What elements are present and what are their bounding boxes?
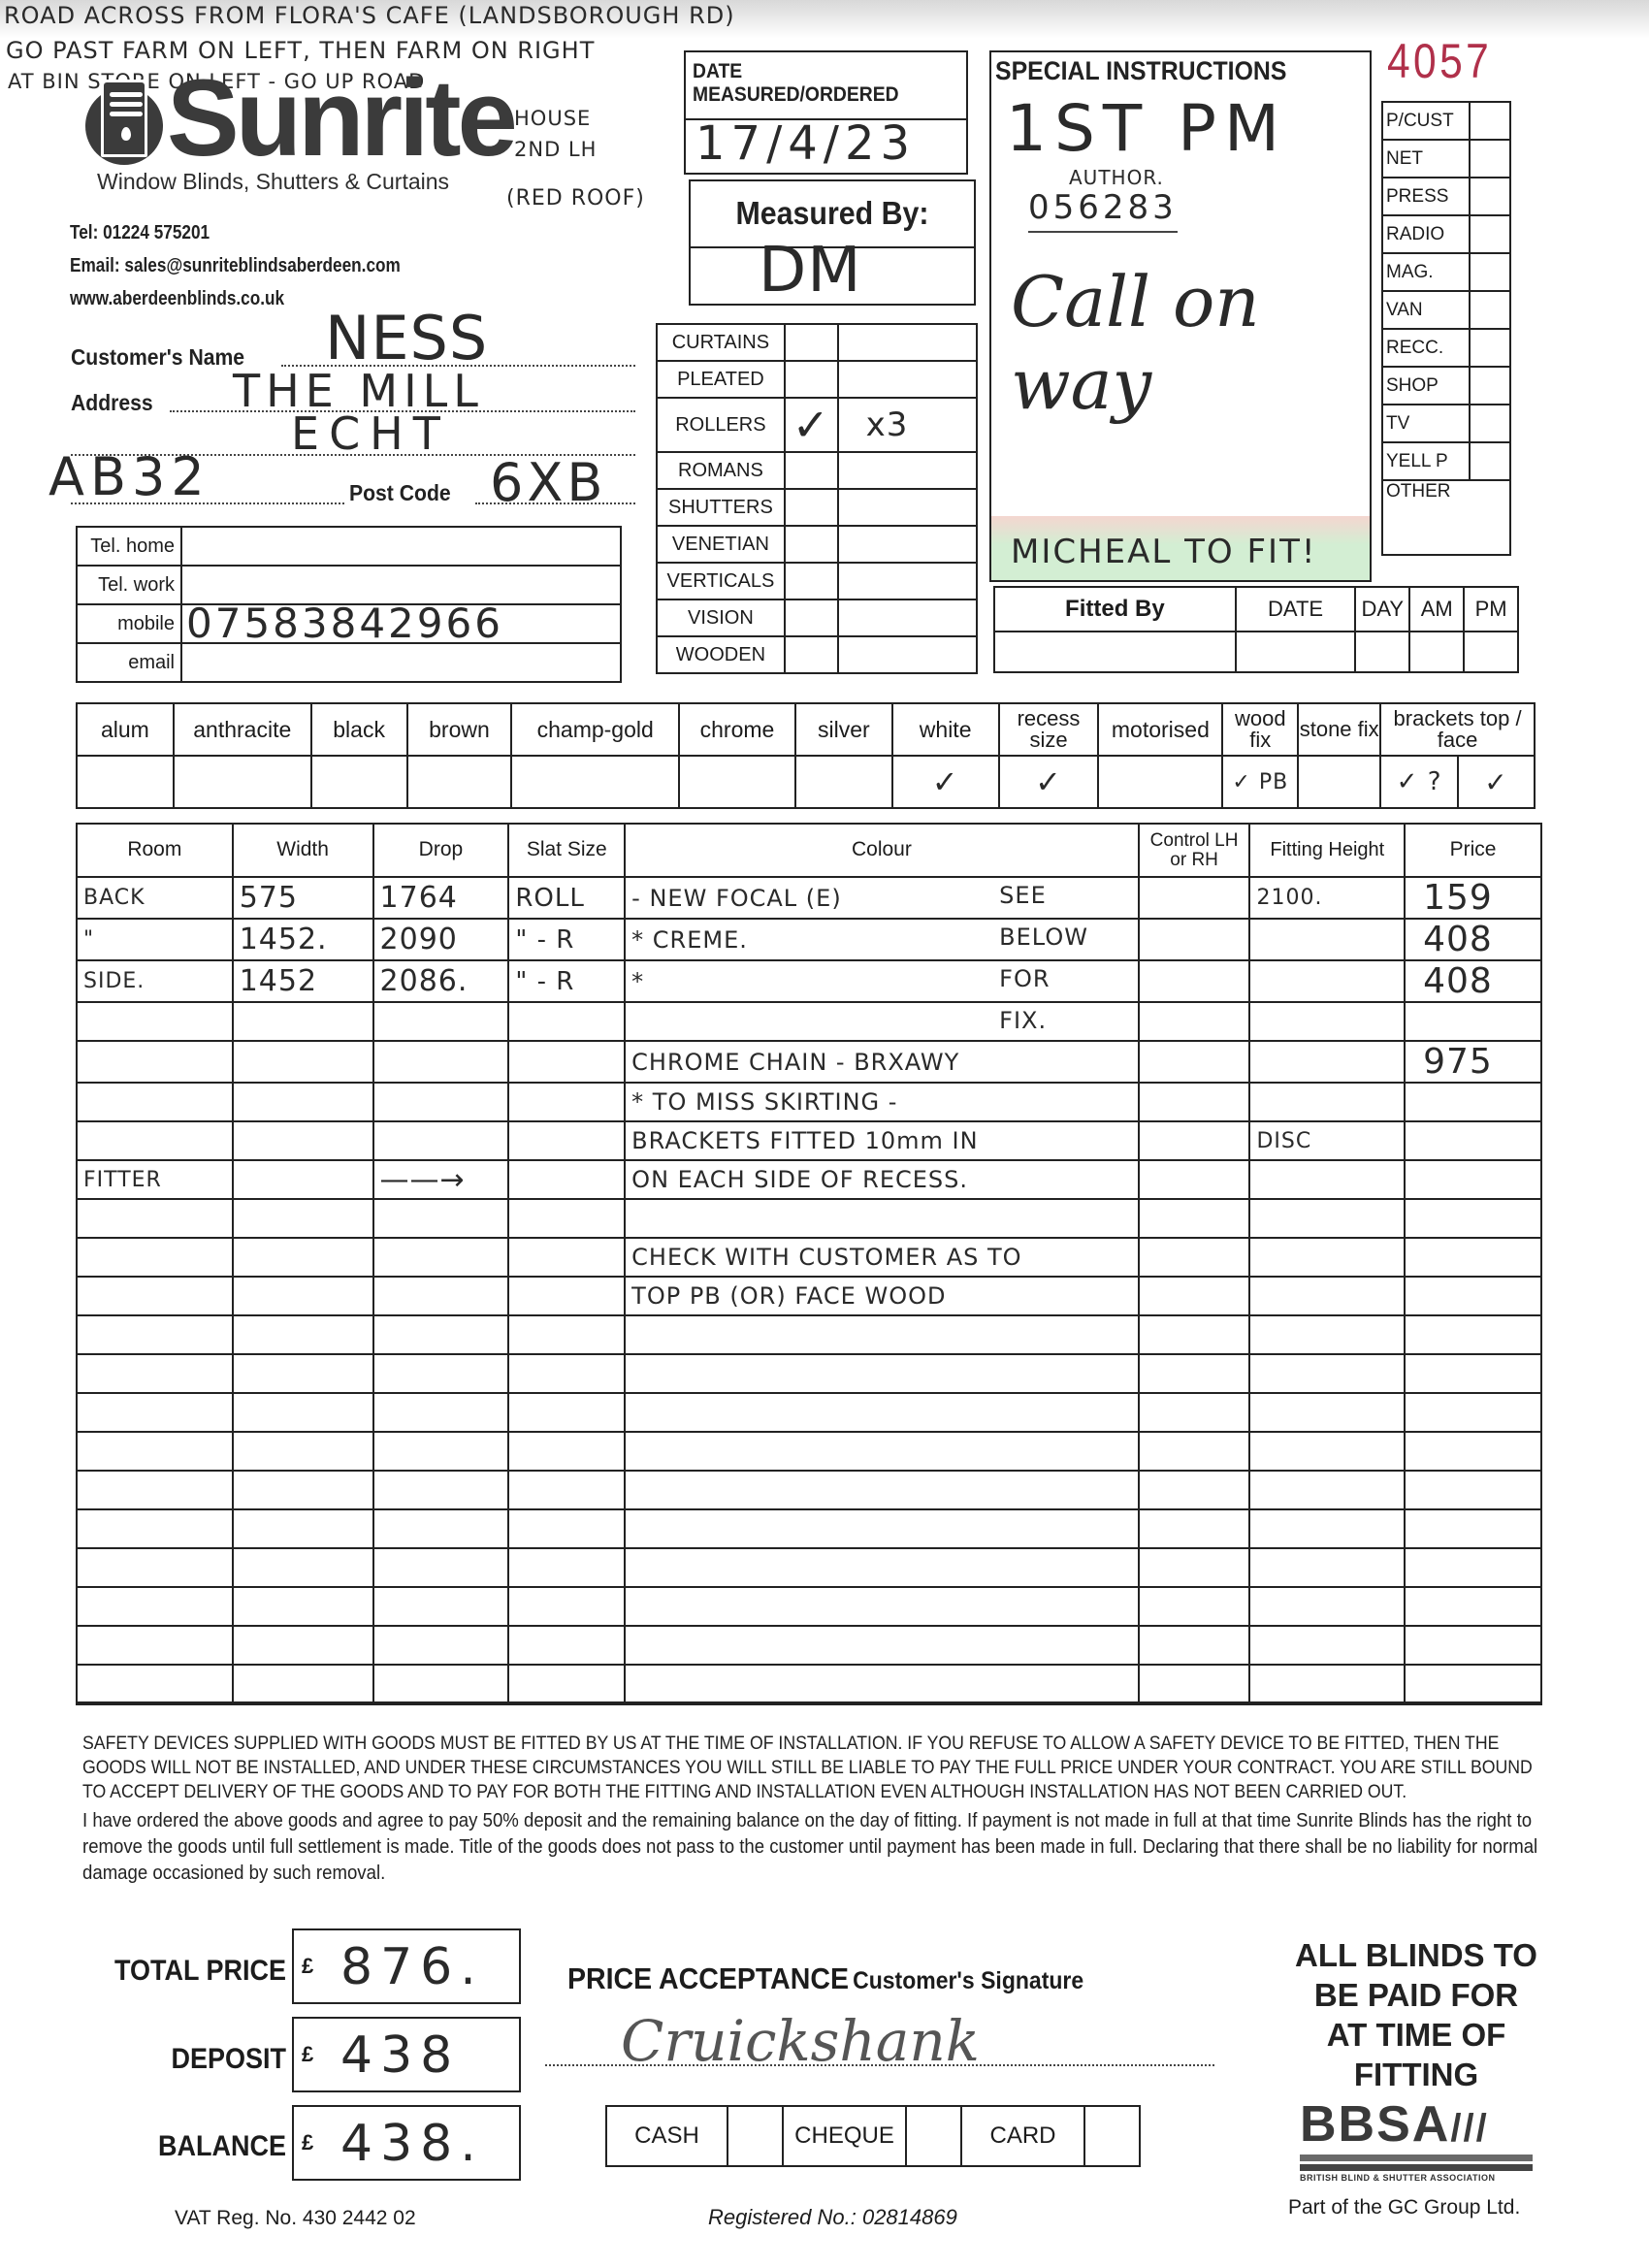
fit-date-value[interactable]: [1236, 632, 1356, 672]
cell-price[interactable]: [1405, 1432, 1541, 1471]
cell-fitting-height[interactable]: [1249, 1041, 1405, 1083]
option-value[interactable]: [77, 756, 174, 808]
table-row: [77, 1354, 1541, 1393]
product-check[interactable]: [785, 563, 838, 599]
cell-slat[interactable]: [508, 1083, 625, 1121]
cell-control[interactable]: [1139, 1041, 1250, 1083]
date-label: DATE MEASURED/ORDERED: [693, 60, 899, 107]
fit-pm-label: PM: [1464, 587, 1518, 632]
cell-price[interactable]: [1405, 1587, 1541, 1626]
cell-width[interactable]: [233, 1626, 373, 1665]
cell-width[interactable]: [233, 1354, 373, 1393]
cell-drop[interactable]: [373, 1471, 509, 1509]
cell-width[interactable]: [233, 1548, 373, 1587]
product-check[interactable]: [785, 599, 838, 636]
cell-fitting-height[interactable]: [1249, 1393, 1405, 1432]
cell-control[interactable]: [1139, 1471, 1250, 1509]
product-types-table: CURTAINS PLEATED ROLLERS✓x3 ROMANS SHUTT…: [656, 323, 978, 674]
cell-drop[interactable]: [373, 1509, 509, 1548]
cell-price[interactable]: [1405, 1509, 1541, 1548]
cell-fitting-height[interactable]: [1249, 1002, 1405, 1041]
product-qty[interactable]: [838, 361, 977, 398]
lead-source-table: P/CUST NET PRESS RADIO MAG. VAN RECC. SH…: [1381, 101, 1511, 556]
company-email: Email: sales@sunriteblindsaberdeen.com: [70, 255, 401, 277]
cell-slat[interactable]: [508, 1121, 625, 1160]
product-row: WOODEN: [657, 636, 977, 673]
cell-colour[interactable]: CHROME CHAIN - BRXAWY: [625, 1041, 1139, 1083]
cell-control[interactable]: [1139, 1626, 1250, 1665]
cell-fitting-height[interactable]: [1249, 1354, 1405, 1393]
cell-room[interactable]: BACK: [77, 877, 233, 919]
cell-slat[interactable]: [508, 1548, 625, 1587]
cell-fitting-height[interactable]: [1249, 1238, 1405, 1277]
cell-drop[interactable]: [373, 1083, 509, 1121]
cell-colour[interactable]: [625, 1354, 1139, 1393]
cell-room[interactable]: [77, 1083, 233, 1121]
cell-width[interactable]: [233, 1432, 373, 1471]
product-qty[interactable]: [838, 324, 977, 361]
cell-width[interactable]: [233, 1199, 373, 1238]
cell-price[interactable]: [1405, 1315, 1541, 1354]
source-check[interactable]: [1470, 102, 1510, 140]
cell-colour[interactable]: - NEW FOCAL (E)SEE: [625, 877, 1139, 919]
cell-slat[interactable]: [508, 1471, 625, 1509]
cell-colour[interactable]: FIX.: [625, 1002, 1139, 1041]
cell-price[interactable]: [1405, 1354, 1541, 1393]
cell-price[interactable]: [1405, 1121, 1541, 1160]
deposit-value[interactable]: 438: [340, 2026, 460, 2085]
col-colour: Colour: [625, 824, 1139, 877]
cell-control[interactable]: [1139, 1665, 1250, 1703]
cell-drop[interactable]: [373, 1393, 509, 1432]
cell-drop[interactable]: [373, 1432, 509, 1471]
customer-signature[interactable]: Cruickshank: [621, 2008, 980, 2074]
product-qty[interactable]: [838, 452, 977, 489]
cell-fitting-height[interactable]: [1249, 1587, 1405, 1626]
cell-width[interactable]: [233, 1587, 373, 1626]
cell-width[interactable]: 1452.: [233, 919, 373, 960]
contact-value[interactable]: [181, 643, 621, 682]
table-row: BRACKETS FITTED 10mm INDISC: [77, 1121, 1541, 1160]
company-name: Sunrite: [167, 64, 514, 173]
cell-price[interactable]: 408: [1405, 919, 1541, 960]
product-check[interactable]: [785, 636, 838, 673]
option-value[interactable]: [511, 756, 679, 808]
cell-price[interactable]: [1405, 1160, 1541, 1199]
cell-room[interactable]: [77, 1041, 233, 1083]
cell-drop[interactable]: ——→: [373, 1160, 509, 1199]
cell-slat[interactable]: [508, 1238, 625, 1277]
payment-method-table: CASH CHEQUE CARD: [605, 2105, 1141, 2167]
special-instructions-title: SPECIAL INSTRUCTIONS: [995, 56, 1286, 86]
contact-value[interactable]: [181, 566, 621, 604]
source-check[interactable]: [1470, 442, 1510, 480]
cell-room[interactable]: SIDE.: [77, 960, 233, 1002]
cell-control[interactable]: [1139, 1509, 1250, 1548]
cell-fitting-height[interactable]: DISC: [1249, 1121, 1405, 1160]
contact-label: Tel. home: [77, 527, 181, 566]
option-value[interactable]: ✓: [999, 756, 1099, 808]
total-price-label: TOTAL PRICE: [103, 1955, 286, 1988]
cell-drop[interactable]: [373, 1238, 509, 1277]
contact-row: email: [77, 643, 621, 682]
source-check[interactable]: [1470, 291, 1510, 329]
cell-drop[interactable]: [373, 1315, 509, 1354]
special-instruction-line[interactable]: way: [1011, 343, 1151, 425]
cell-colour[interactable]: * CREME.BELOW: [625, 919, 1139, 960]
contact-value[interactable]: [181, 527, 621, 566]
product-qty[interactable]: [838, 636, 977, 673]
address-value-2[interactable]: ECHT: [291, 407, 450, 460]
cell-drop[interactable]: [373, 1002, 509, 1041]
cell-control[interactable]: [1139, 1587, 1250, 1626]
option-value[interactable]: [1298, 756, 1380, 808]
cell-colour[interactable]: * TO MISS SKIRTING -: [625, 1083, 1139, 1121]
cell-drop[interactable]: [373, 1548, 509, 1587]
cell-fitting-height[interactable]: [1249, 1471, 1405, 1509]
cell-width[interactable]: 575: [233, 877, 373, 919]
cell-drop[interactable]: 2086.: [373, 960, 509, 1002]
cell-colour[interactable]: [625, 1471, 1139, 1509]
cell-room[interactable]: FITTER: [77, 1160, 233, 1199]
contact-table: Tel. home Tel. work mobile 07583842966 e…: [76, 526, 622, 683]
cell-fitting-height[interactable]: 2100.: [1249, 877, 1405, 919]
special-instructions-box: SPECIAL INSTRUCTIONS 1ST PM AUTHOR. 0562…: [989, 50, 1372, 582]
option-value[interactable]: ✓ ?: [1380, 756, 1458, 808]
cell-width[interactable]: [233, 1160, 373, 1199]
product-row: CURTAINS: [657, 324, 977, 361]
cell-control[interactable]: [1139, 877, 1250, 919]
cell-price[interactable]: [1405, 1548, 1541, 1587]
product-row: VERTICALS: [657, 563, 977, 599]
table-row: [77, 1432, 1541, 1471]
product-check[interactable]: [785, 452, 838, 489]
fit-day-value[interactable]: [1355, 632, 1409, 672]
cell-slat[interactable]: [508, 1432, 625, 1471]
cell-slat[interactable]: [508, 1354, 625, 1393]
table-row: TOP PB (OR) FACE WOOD: [77, 1277, 1541, 1315]
fit-pm-value[interactable]: [1464, 632, 1518, 672]
option-value[interactable]: [795, 756, 892, 808]
cell-slat[interactable]: [508, 1665, 625, 1703]
col-slat-size: Slat Size: [508, 824, 625, 877]
contact-row: mobile 07583842966: [77, 604, 621, 643]
cell-room[interactable]: [77, 1354, 233, 1393]
cell-room[interactable]: [77, 1665, 233, 1703]
product-qty[interactable]: [838, 599, 977, 636]
option-value[interactable]: [407, 756, 512, 808]
customer-name-label: Customer's Name: [71, 344, 244, 371]
fit-date-label: DATE: [1236, 587, 1356, 632]
cell-slat[interactable]: [508, 1509, 625, 1548]
cell-fitting-height[interactable]: [1249, 1548, 1405, 1587]
cell-price[interactable]: [1405, 1626, 1541, 1665]
source-check[interactable]: [1470, 253, 1510, 291]
cell-width[interactable]: [233, 1083, 373, 1121]
product-check[interactable]: [785, 324, 838, 361]
cell-control[interactable]: [1139, 1083, 1250, 1121]
vat-number: VAT Reg. No. 430 2442 02: [175, 2207, 416, 2230]
cell-fitting-height[interactable]: [1249, 1083, 1405, 1121]
cell-slat[interactable]: [508, 1626, 625, 1665]
cell-slat[interactable]: [508, 1160, 625, 1199]
cell-control[interactable]: [1139, 1277, 1250, 1315]
cell-drop[interactable]: 2090: [373, 919, 509, 960]
cell-room[interactable]: [77, 1509, 233, 1548]
cell-drop[interactable]: [373, 1199, 509, 1238]
cell-colour[interactable]: [625, 1199, 1139, 1238]
cell-width[interactable]: 1452: [233, 960, 373, 1002]
cell-colour[interactable]: [625, 1432, 1139, 1471]
special-instruction-line[interactable]: 1ST PM: [1006, 91, 1287, 166]
cell-price[interactable]: 975: [1405, 1041, 1541, 1083]
cell-price[interactable]: [1405, 1277, 1541, 1315]
cell-drop[interactable]: [373, 1277, 509, 1315]
cell-room[interactable]: [77, 1277, 233, 1315]
payment-terms: I have ordered the above goods and agree…: [82, 1808, 1546, 1887]
cell-width[interactable]: [233, 1238, 373, 1277]
cell-control[interactable]: [1139, 1238, 1250, 1277]
product-qty[interactable]: [838, 563, 977, 599]
cell-control[interactable]: [1139, 1548, 1250, 1587]
cell-fitting-height[interactable]: [1249, 1432, 1405, 1471]
balance-value[interactable]: 438.: [340, 2115, 484, 2173]
cell-colour[interactable]: ON EACH SIDE OF RECESS.: [625, 1160, 1139, 1199]
order-number: 4057: [1387, 33, 1492, 89]
cell-fitting-height[interactable]: [1249, 960, 1405, 1002]
cell-control[interactable]: [1139, 1121, 1250, 1160]
table-row: [77, 1315, 1541, 1354]
option-value[interactable]: [1098, 756, 1222, 808]
cell-fitting-height[interactable]: [1249, 1626, 1405, 1665]
cell-price[interactable]: [1405, 1002, 1541, 1041]
cell-drop[interactable]: [373, 1665, 509, 1703]
cell-fitting-height[interactable]: [1249, 919, 1405, 960]
cell-control[interactable]: [1139, 960, 1250, 1002]
total-price-value[interactable]: 876.: [340, 1938, 484, 1996]
source-check[interactable]: [1470, 329, 1510, 367]
cell-price[interactable]: 408: [1405, 960, 1541, 1002]
source-check[interactable]: [1470, 367, 1510, 405]
cell-width[interactable]: [233, 1277, 373, 1315]
cell-drop[interactable]: [373, 1354, 509, 1393]
balance-box[interactable]: £ 438.: [292, 2105, 521, 2181]
cell-control[interactable]: [1139, 1002, 1250, 1041]
cell-slat[interactable]: [508, 1199, 625, 1238]
contact-row: Tel. work: [77, 566, 621, 604]
cell-width[interactable]: [233, 1665, 373, 1703]
cell-control[interactable]: [1139, 1354, 1250, 1393]
special-instruction-line[interactable]: 056283: [1028, 188, 1178, 233]
cell-fitting-height[interactable]: [1249, 1199, 1405, 1238]
cell-drop[interactable]: [373, 1626, 509, 1665]
customer-name-value[interactable]: NESS: [325, 303, 488, 373]
cell-fitting-height[interactable]: [1249, 1277, 1405, 1315]
cell-control[interactable]: [1139, 1315, 1250, 1354]
source-check[interactable]: [1470, 405, 1510, 442]
cell-colour[interactable]: [625, 1665, 1139, 1703]
option-value[interactable]: ✓ PB: [1222, 756, 1298, 808]
table-row: FITTER——→ON EACH SIDE OF RECESS.: [77, 1160, 1541, 1199]
cell-price[interactable]: [1405, 1199, 1541, 1238]
options-table: alum anthracite black brown champ-gold c…: [76, 702, 1536, 809]
cell-control[interactable]: [1139, 919, 1250, 960]
cell-colour[interactable]: [625, 1393, 1139, 1432]
postcode-label: Post Code: [349, 480, 451, 506]
cell-colour[interactable]: *FOR: [625, 960, 1139, 1002]
table-row: CHROME CHAIN - BRXAWY975: [77, 1041, 1541, 1083]
contact-label: email: [77, 643, 181, 682]
source-other[interactable]: OTHER: [1382, 480, 1510, 555]
address-label: Address: [71, 390, 153, 416]
fitted-by-value[interactable]: [994, 632, 1236, 672]
cell-drop[interactable]: [373, 1587, 509, 1626]
cell-room[interactable]: [77, 1393, 233, 1432]
order-table: Room Width Drop Slat Size Colour Control…: [76, 823, 1542, 1705]
cell-width[interactable]: [233, 1315, 373, 1354]
cell-price[interactable]: 159: [1405, 877, 1541, 919]
cell-colour[interactable]: [625, 1587, 1139, 1626]
date-value[interactable]: 17/4/23: [695, 116, 916, 171]
fitted-by-label: Fitted By: [994, 587, 1236, 632]
cell-room[interactable]: ": [77, 919, 233, 960]
table-row: CHECK WITH CUSTOMER AS TO: [77, 1238, 1541, 1277]
cell-colour[interactable]: [625, 1548, 1139, 1587]
cell-room[interactable]: [77, 1199, 233, 1238]
cell-drop[interactable]: [373, 1041, 509, 1083]
cell-slat[interactable]: [508, 1277, 625, 1315]
cell-colour[interactable]: BRACKETS FITTED 10mm IN: [625, 1121, 1139, 1160]
balance-label: BALANCE: [103, 2130, 286, 2163]
cell-room[interactable]: [77, 1471, 233, 1509]
option-value[interactable]: [174, 756, 311, 808]
product-row: PLEATED: [657, 361, 977, 398]
contact-label: Tel. work: [77, 566, 181, 604]
cell-room[interactable]: [77, 1315, 233, 1354]
cell-price[interactable]: [1405, 1393, 1541, 1432]
fit-am-label: AM: [1409, 587, 1464, 632]
payment-cash-check[interactable]: [727, 2106, 783, 2166]
cell-room[interactable]: [77, 1121, 233, 1160]
product-qty[interactable]: [838, 489, 977, 526]
cell-slat[interactable]: [508, 1041, 625, 1083]
option-value[interactable]: [679, 756, 795, 808]
table-row: [77, 1393, 1541, 1432]
fit-am-value[interactable]: [1409, 632, 1464, 672]
cell-fitting-height[interactable]: [1249, 1160, 1405, 1199]
cell-width[interactable]: [233, 1471, 373, 1509]
cell-width[interactable]: [233, 1002, 373, 1041]
cell-slat[interactable]: [508, 1315, 625, 1354]
cell-room[interactable]: [77, 1587, 233, 1626]
source-check[interactable]: [1470, 140, 1510, 178]
cell-price[interactable]: [1405, 1083, 1541, 1121]
table-row: [77, 1509, 1541, 1548]
contact-value[interactable]: 07583842966: [181, 604, 621, 643]
cell-price[interactable]: [1405, 1471, 1541, 1509]
cell-price[interactable]: [1405, 1665, 1541, 1703]
product-check[interactable]: ✓: [785, 398, 838, 452]
option-value[interactable]: [311, 756, 407, 808]
product-qty[interactable]: [838, 526, 977, 563]
cell-colour[interactable]: CHECK WITH CUSTOMER AS TO: [625, 1238, 1139, 1277]
postcode-value[interactable]: 6XB: [490, 452, 606, 513]
special-instruction-line[interactable]: Call on: [1011, 261, 1260, 342]
cell-colour[interactable]: [625, 1509, 1139, 1548]
cell-room[interactable]: [77, 1002, 233, 1041]
cell-width[interactable]: [233, 1121, 373, 1160]
cell-width[interactable]: [233, 1509, 373, 1548]
cell-colour[interactable]: [625, 1315, 1139, 1354]
cell-slat[interactable]: [508, 1002, 625, 1041]
cell-slat[interactable]: " - R: [508, 919, 625, 960]
payment-cash-label: CASH: [606, 2106, 727, 2166]
cell-colour[interactable]: [625, 1626, 1139, 1665]
cell-price[interactable]: [1405, 1238, 1541, 1277]
cell-room[interactable]: [77, 1432, 233, 1471]
cell-width[interactable]: [233, 1393, 373, 1432]
deposit-box[interactable]: £ 438: [292, 2017, 521, 2092]
col-drop: Drop: [373, 824, 509, 877]
special-instruction-highlight[interactable]: MICHEAL TO FIT!: [1011, 533, 1316, 571]
col-control: Control LH or RH: [1139, 824, 1250, 877]
table-row: BACK5751764ROLL- NEW FOCAL (E)SEE2100.15…: [77, 877, 1541, 919]
cell-control[interactable]: [1139, 1393, 1250, 1432]
cell-room[interactable]: [77, 1548, 233, 1587]
cell-slat[interactable]: [508, 1393, 625, 1432]
cell-fitting-height[interactable]: [1249, 1665, 1405, 1703]
product-qty[interactable]: x3: [838, 398, 977, 452]
cell-room[interactable]: [77, 1626, 233, 1665]
cell-control[interactable]: [1139, 1199, 1250, 1238]
cell-colour[interactable]: TOP PB (OR) FACE WOOD: [625, 1277, 1139, 1315]
cell-control[interactable]: [1139, 1160, 1250, 1199]
option-value[interactable]: ✓: [1458, 756, 1535, 808]
product-check[interactable]: [785, 489, 838, 526]
measured-by-value[interactable]: DM: [759, 235, 862, 307]
sunrite-logo: Sunrite: [85, 80, 512, 172]
cell-fitting-height[interactable]: [1249, 1509, 1405, 1548]
cell-fitting-height[interactable]: [1249, 1315, 1405, 1354]
total-price-box[interactable]: £ 876.: [292, 1928, 521, 2004]
product-row: VISION: [657, 599, 977, 636]
cell-slat[interactable]: ROLL: [508, 877, 625, 919]
special-instruction-line[interactable]: AUTHOR.: [1069, 166, 1164, 189]
cell-drop[interactable]: [373, 1121, 509, 1160]
payment-cheque-check[interactable]: [906, 2106, 961, 2166]
col-price: Price: [1405, 824, 1541, 877]
payment-card-check[interactable]: [1084, 2106, 1140, 2166]
cell-drop[interactable]: 1764: [373, 877, 509, 919]
cell-control[interactable]: [1139, 1432, 1250, 1471]
option-value[interactable]: ✓: [892, 756, 999, 808]
group-text: Part of the GC Group Ltd.: [1288, 2196, 1520, 2219]
address-line-3: [71, 502, 344, 504]
fix-note: BELOW: [999, 923, 1088, 951]
cell-width[interactable]: [233, 1041, 373, 1083]
cell-room[interactable]: [77, 1238, 233, 1277]
roller-blind-icon: [101, 80, 147, 157]
product-check[interactable]: [785, 526, 838, 563]
measured-by-box: Measured By: DM: [689, 179, 976, 306]
source-check[interactable]: [1470, 178, 1510, 215]
address-value-3[interactable]: AB32: [48, 446, 210, 507]
source-check[interactable]: [1470, 215, 1510, 253]
terms-block: SAFETY DEVICES SUPPLIED WITH GOODS MUST …: [82, 1732, 1546, 1887]
cell-slat[interactable]: [508, 1587, 625, 1626]
cell-slat[interactable]: " - R: [508, 960, 625, 1002]
product-check[interactable]: [785, 361, 838, 398]
